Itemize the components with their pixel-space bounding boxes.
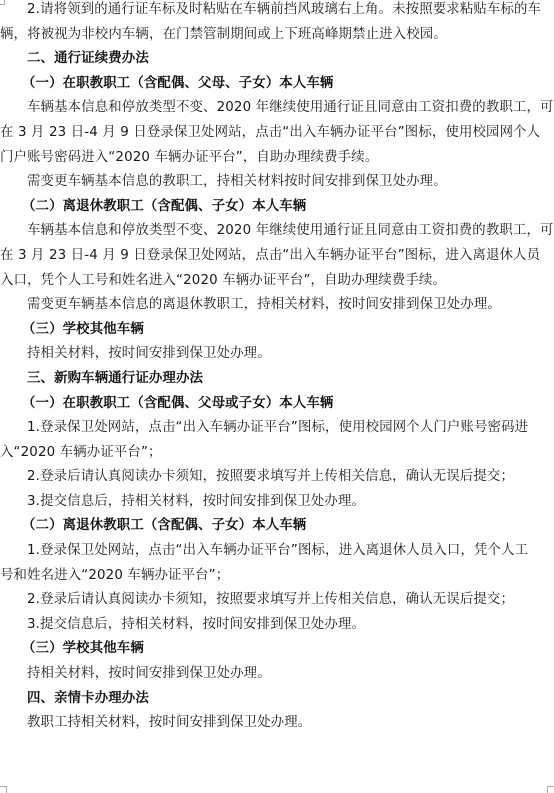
section-heading-3: 三、新购车辆通行证办理办法 [0,367,554,392]
paragraph-line: 门户账号密码进入“2020 车辆办证平台”，自助办理续费手续。 [0,146,554,171]
paragraph-line: 持相关材料，按时间安排到保卫处办理。 [0,662,554,687]
paragraph-line: 2.登录后请认真阅读办卡须知，按照要求填写并上传相关信息，确认无误后提交； [0,465,554,490]
subsection-heading: （一）在职教职工（含配偶、父母、子女）本人车辆 [0,72,554,97]
paragraph-line: 2.请将领到的通行证车标及时粘贴在车辆前挡风玻璃右上角。未按照要求粘贴车标的车 [0,0,554,23]
page-corner-mark [0,786,7,793]
page-corner-mark [547,786,554,793]
paragraph-line: 入口，凭个人工号和姓名进入“2020 车辆办证平台”，自助办理续费手续。 [0,269,554,294]
paragraph-line: 3.提交信息后，持相关材料，按时间安排到保卫处办理。 [0,490,554,515]
page-corner-mark [0,0,5,5]
subsection-heading: （一）在职教职工（含配偶、父母或子女）本人车辆 [0,392,554,417]
paragraph-line: 需变更车辆基本信息的离退休教职工，持相关材料，按时间安排到保卫处办理。 [0,293,554,318]
paragraph-line: 教职工持相关材料，按时间安排到保卫处办理。 [0,711,554,736]
paragraph-line: 入“2020 车辆办证平台”； [0,441,554,466]
paragraph-line: 持相关材料，按时间安排到保卫处办理。 [0,342,554,367]
section-heading-2: 二、通行证续费办法 [0,47,554,72]
section-heading-4: 四、亲情卡办理办法 [0,687,554,712]
subsection-heading: （三）学校其他车辆 [0,637,554,662]
paragraph-line: 需变更车辆基本信息的教职工，持相关材料按时间安排到保卫处办理。 [0,170,554,195]
paragraph-line: 2.登录后请认真阅读办卡须知，按照要求填写并上传相关信息，确认无误后提交； [0,588,554,613]
paragraph-line: 在 3 月 23 日-4 月 9 日登录保卫处网站，点击“出入车辆办证平台”图标… [0,244,554,269]
subsection-heading: （二）离退休教职工（含配偶、子女）本人车辆 [0,514,554,539]
paragraph-line: 号和姓名进入“2020 车辆办证平台”； [0,564,554,589]
paragraph-line: 1.登录保卫处网站，点击“出入车辆办证平台”图标，使用校园网个人门户账号密码进 [0,416,554,441]
paragraph-line: 3.提交信息后，持相关材料，按时间安排到保卫处办理。 [0,613,554,638]
subsection-heading: （三）学校其他车辆 [0,318,554,343]
paragraph-line: 1.登录保卫处网站，点击“出入车辆办证平台”图标，进入离退休人员入口，凭个人工 [0,539,554,564]
paragraph-line: 车辆基本信息和停放类型不变、2020 年继续使用通行证且同意由工资扣费的教职工，… [0,96,554,121]
paragraph-line: 车辆基本信息和停放类型不变、2020 年继续使用通行证且同意由工资扣费的教职工，… [0,219,554,244]
document-body: 2.请将领到的通行证车标及时粘贴在车辆前挡风玻璃右上角。未按照要求粘贴车标的车 … [0,0,554,736]
paragraph-line: 在 3 月 23 日-4 月 9 日登录保卫处网站，点击“出入车辆办证平台”图标… [0,121,554,146]
paragraph-line: 辆，将被视为非校内车辆，在门禁管制期间或上下班高峰期禁止进入校园。 [0,23,554,48]
subsection-heading: （二）离退休教职工（含配偶、子女）本人车辆 [0,195,554,220]
